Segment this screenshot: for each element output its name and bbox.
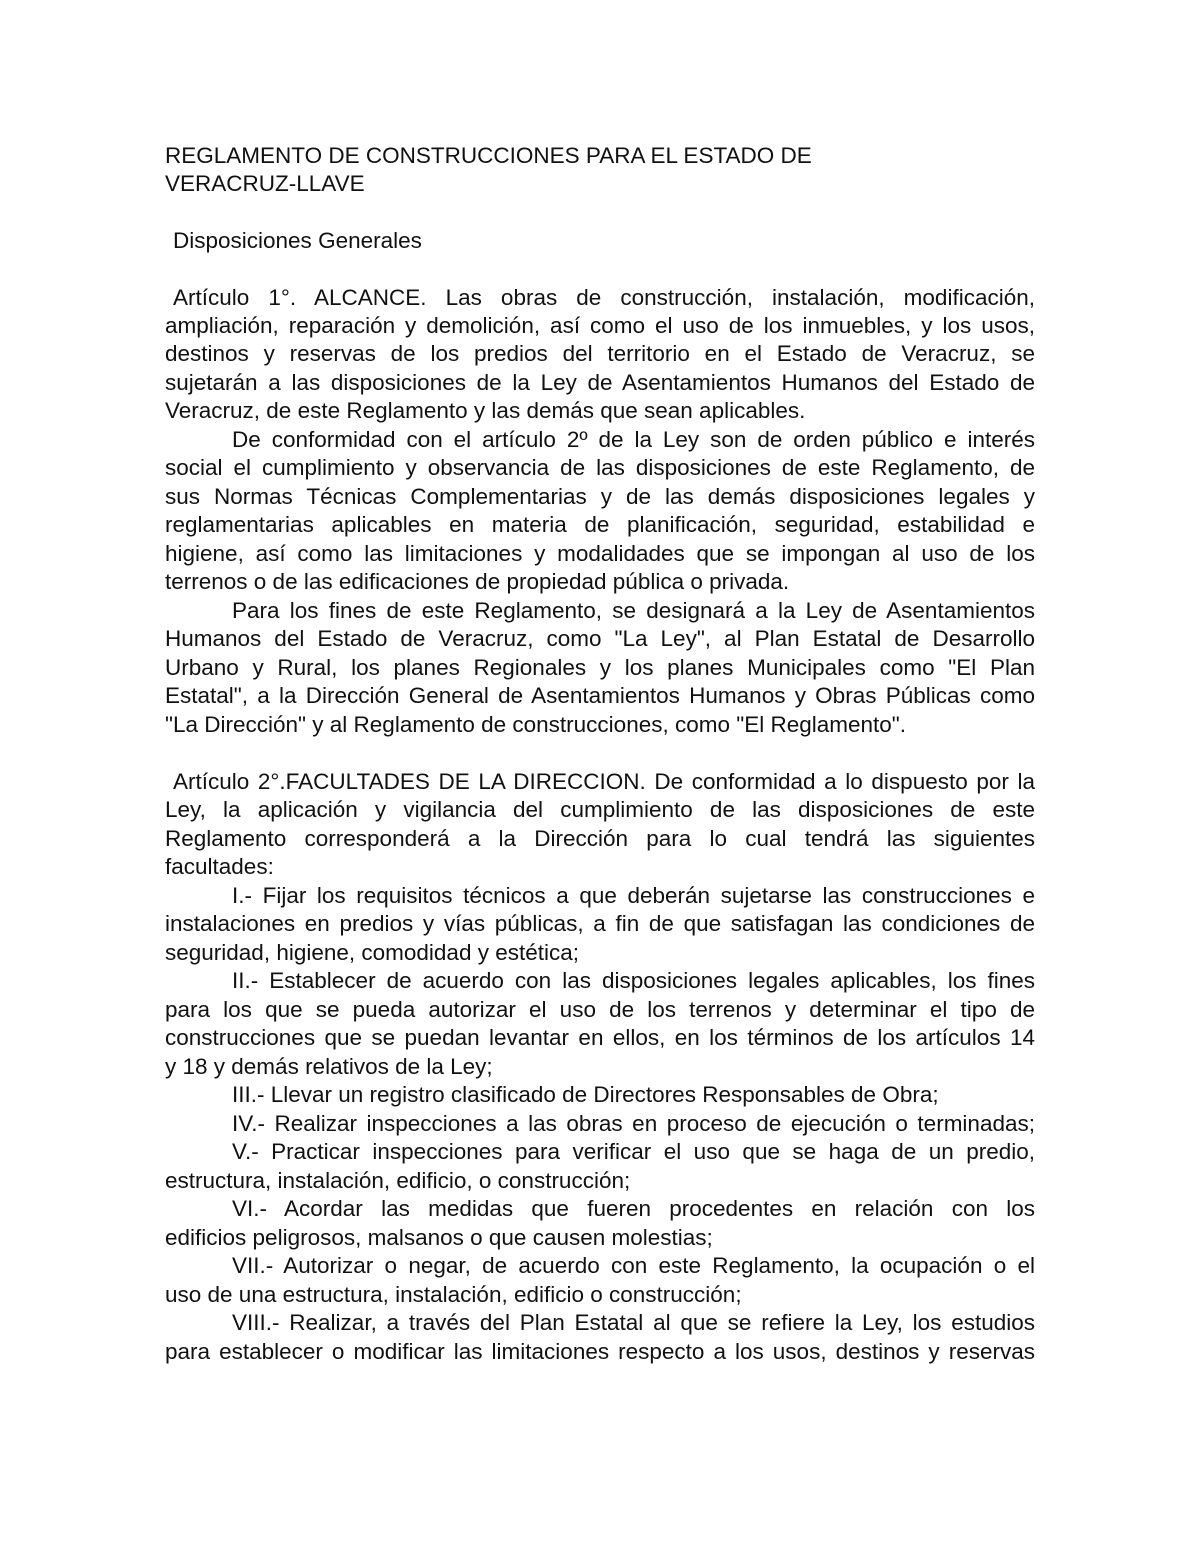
document-line: sus Normas Técnicas Complementarias y de… — [165, 483, 1035, 511]
document-line: ampliación, reparación y demolición, así… — [165, 312, 1035, 340]
document-line: sujetarán a las disposiciones de la Ley … — [165, 369, 1035, 397]
document-line: I.- Fijar los requisitos técnicos a que … — [232, 882, 1035, 910]
document-line: instalaciones en predios y vías públicas… — [165, 910, 1035, 938]
document-line: higiene, así como las limitaciones y mod… — [165, 540, 1035, 568]
document-line: V.- Practicar inspecciones para verifica… — [232, 1138, 1035, 1166]
document-line: Artículo 2°.FACULTADES DE LA DIRECCION. … — [173, 768, 1035, 796]
document-line: Artículo 1°. ALCANCE. Las obras de const… — [173, 284, 1035, 312]
document-line: Estatal", a la Dirección General de Asen… — [165, 682, 1035, 710]
document-line: destinos y reservas de los predios del t… — [165, 340, 1035, 368]
document-line: Humanos del Estado de Veracruz, como "La… — [165, 625, 1035, 653]
document-line: para establecer o modificar las limitaci… — [165, 1338, 1035, 1366]
document-page: REGLAMENTO DE CONSTRUCCIONES PARA EL EST… — [0, 0, 1200, 1553]
document-line: terrenos o de las edificaciones de propi… — [165, 568, 1035, 596]
document-line: construcciones que se puedan levantar en… — [165, 1024, 1035, 1052]
document-line: social el cumplimiento y observancia de … — [165, 454, 1035, 482]
document-line: y 18 y demás relativos de la Ley; — [165, 1053, 1035, 1081]
document-line: IV.- Realizar inspecciones a las obras e… — [232, 1110, 1035, 1138]
document-line: Para los fines de este Reglamento, se de… — [232, 597, 1035, 625]
document-line: VII.- Autorizar o negar, de acuerdo con … — [232, 1252, 1035, 1280]
document-line: uso de una estructura, instalación, edif… — [165, 1281, 1035, 1309]
document-line: seguridad, higiene, comodidad y estética… — [165, 939, 1035, 967]
section-heading: Disposiciones Generales — [173, 227, 1043, 255]
document-line: Reglamento corresponderá a la Dirección … — [165, 825, 1035, 853]
document-line: III.- Llevar un registro clasificado de … — [232, 1081, 1035, 1109]
document-line: Veracruz, de este Reglamento y las demás… — [165, 397, 1035, 425]
document-line: reglamentarias aplicables en materia de … — [165, 511, 1035, 539]
document-line: Urbano y Rural, los planes Regionales y … — [165, 654, 1035, 682]
document-line: edificios peligrosos, malsanos o que cau… — [165, 1224, 1035, 1252]
document-line: "La Dirección" y al Reglamento de constr… — [165, 711, 1035, 739]
document-line: facultades: — [165, 853, 1035, 881]
document-line: De conformidad con el artículo 2º de la … — [232, 426, 1035, 454]
document-title-line-2: VERACRUZ-LLAVE — [165, 170, 1035, 198]
document-line: VI.- Acordar las medidas que fueren proc… — [232, 1195, 1035, 1223]
document-line: estructura, instalación, edificio, o con… — [165, 1167, 1035, 1195]
document-line: para los que se pueda autorizar el uso d… — [165, 996, 1035, 1024]
document-line: Ley, la aplicación y vigilancia del cump… — [165, 796, 1035, 824]
document-line: VIII.- Realizar, a través del Plan Estat… — [232, 1309, 1035, 1337]
document-title-line-1: REGLAMENTO DE CONSTRUCCIONES PARA EL EST… — [165, 142, 1035, 170]
document-line: II.- Establecer de acuerdo con las dispo… — [232, 967, 1035, 995]
